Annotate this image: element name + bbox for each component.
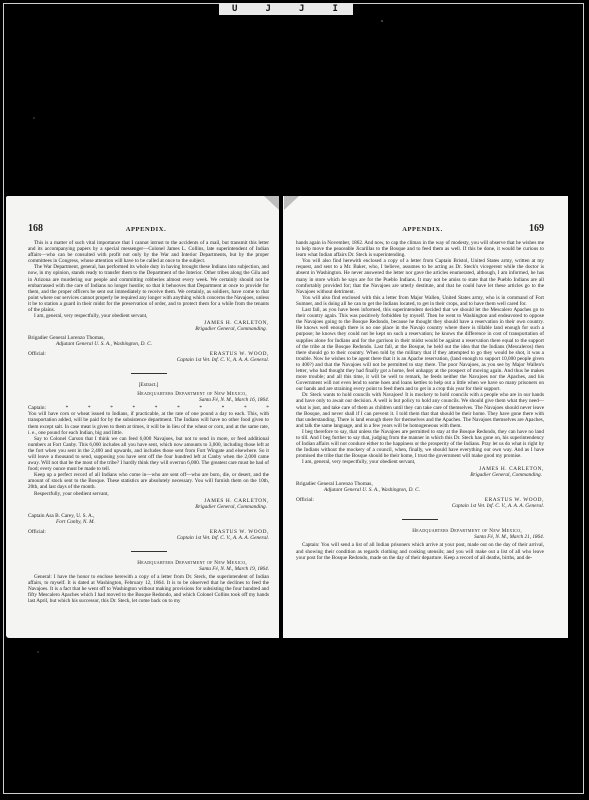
paragraph: You will also find herewith enclosed a c… xyxy=(296,258,544,295)
paragraph: The War Department, general, has perform… xyxy=(28,264,269,313)
signatory-rank: Brigadier General, Commanding. xyxy=(296,472,544,478)
headquarters-dateline: Headquarters Department of New Mexico, S… xyxy=(296,528,544,540)
official-label: Official: xyxy=(28,529,46,541)
section-rule xyxy=(131,373,167,374)
closing-line: Respectfully, your obedient servant, xyxy=(28,491,269,497)
left-page: 168 APPENDIX. This is a matter of such v… xyxy=(6,196,281,638)
label-char: J xyxy=(266,4,273,14)
paragraph: Keep up a perfect record of all Indians … xyxy=(28,472,269,490)
scan-speck xyxy=(37,651,39,653)
paragraph: You will also find enclosed with this a … xyxy=(296,295,544,307)
running-head: 168 APPENDIX. xyxy=(28,223,269,234)
label-char: U xyxy=(232,4,239,14)
page-number: 168 xyxy=(28,223,43,234)
addressee-block: Captain Asa B. Carey, U. S. A., Fort Can… xyxy=(28,513,269,525)
paragraph: Dr. Steck wants to hold councils with Na… xyxy=(296,392,544,429)
hq-date: Santa Fé, N. M., March 19, 1864. xyxy=(28,566,269,572)
signature-block: JAMES H. CARLETON, Brigadier General, Co… xyxy=(28,320,269,332)
paragraph: Captain: You will send a list of all Ind… xyxy=(296,542,544,560)
closing-line: I am, general, very respectfully, your o… xyxy=(28,313,269,319)
page-number: 169 xyxy=(529,223,544,234)
paragraph: You will have corn or wheat issued to In… xyxy=(28,411,269,435)
signature-block: JAMES H. CARLETON, Brigadier General, Co… xyxy=(28,498,269,510)
addressee-title: Fort Canby, N. M. xyxy=(28,519,269,525)
addressee-block: Brigadier General Lorenzo Thomas, Adjuta… xyxy=(296,481,544,493)
paragraph: Last fall, as you have been informed, th… xyxy=(296,307,544,392)
paragraph: This is a matter of such vital importanc… xyxy=(28,240,269,264)
paragraph: Say to Colonel Carson that I think we ca… xyxy=(28,436,269,473)
hq-date: Santa Fé, N. M., March 16, 1864. xyxy=(28,397,269,403)
official-block: Official: ERASTUS W. WOOD, Captain 1st V… xyxy=(28,529,269,541)
running-head: APPENDIX. 169 xyxy=(296,223,544,234)
official-block: Official: ERASTUS W. WOOD, Captain 1st V… xyxy=(28,351,269,363)
signature-block: JAMES H. CARLETON, Brigadier General, Co… xyxy=(296,466,544,478)
label-char: J xyxy=(299,4,306,14)
addressee-title: Adjutant General U. S. A., Washington, D… xyxy=(296,487,544,493)
closing-line: I am, general, very respectfully, your o… xyxy=(296,459,544,465)
section-rule xyxy=(402,519,438,520)
paragraph: I beg therefore to say, that unless the … xyxy=(296,429,544,459)
paragraph: General: I have the honor to enclose her… xyxy=(28,574,269,604)
addressee-block: Brigadier General Lorenzo Thomas, Adjuta… xyxy=(28,335,269,347)
official-label: Official: xyxy=(28,351,46,363)
section-rule xyxy=(131,551,167,552)
scan-speck xyxy=(381,20,383,22)
addressee-title: Adjutant General U. S. A., Washington, D… xyxy=(28,341,269,347)
page-fold xyxy=(284,196,299,210)
official-rank: Captain 1st Vet. Inf. C. V., A. A. A. Ge… xyxy=(452,503,544,509)
right-page: APPENDIX. 169 hands again in November, 1… xyxy=(283,196,568,638)
running-title: APPENDIX. xyxy=(126,226,167,233)
headquarters-dateline: Headquarters Department of New Mexico, S… xyxy=(28,391,269,403)
paragraph: hands again in November, 1862. And now, … xyxy=(296,240,544,258)
extract-label: [Extract.] xyxy=(28,382,269,388)
label-char: I xyxy=(333,4,340,14)
official-label: Official: xyxy=(296,497,314,509)
hq-date: Santa Fé, N. M., March 21, 1864. xyxy=(296,534,544,540)
page-fold xyxy=(264,196,279,210)
top-label-strip: U J J I xyxy=(219,3,353,15)
scan-speck xyxy=(33,117,35,119)
signatory-rank: Brigadier General, Commanding. xyxy=(28,504,269,510)
running-title: APPENDIX. xyxy=(402,226,443,233)
official-block: Official: ERASTUS W. WOOD, Captain 1st V… xyxy=(296,497,544,509)
official-rank: Captain 1st Vet. Inf. C. V., A. A. A. Ge… xyxy=(177,535,269,541)
official-rank: Captain 1st Vet. Inf. C. V., A. A. A. Ge… xyxy=(177,357,269,363)
headquarters-dateline: Headquarters Department of New Mexico, S… xyxy=(28,560,269,572)
signatory-rank: Brigadier General, Commanding. xyxy=(28,326,269,332)
